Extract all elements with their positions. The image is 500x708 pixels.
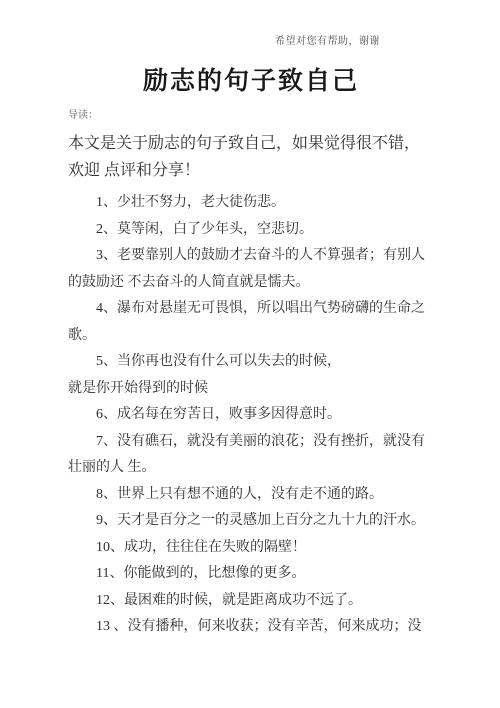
lead-label: 导读： — [68, 110, 434, 122]
quote-item: 12、最困难的时候，就是距离成功不远了。 — [68, 588, 434, 615]
quote-item: 8、世界上只有想不通的人，没有走不通的路。 — [68, 482, 434, 509]
header-note: 希望对您有帮助，谢谢 — [68, 36, 380, 48]
quote-item: 7、没有礁石，就没有美丽的浪花；没有挫折，就没有 壮丽的人 生。 — [68, 429, 434, 482]
quote-item: 11、你能做到的，比想像的更多。 — [68, 561, 434, 588]
quote-item: 3、老要靠别人的鼓励才去奋斗的人不算强者；有别人 的鼓励还 不去奋斗的人简直就是… — [68, 243, 434, 296]
page-title: 励志的句子致自己 — [68, 67, 434, 97]
intro-paragraph: 本文是关于励志的句子致自己，如果觉得很不错， 欢迎 点评和分享！ — [68, 130, 434, 184]
quote-item: 1、少壮不努力，老大徒伤悲。 — [68, 190, 434, 217]
quote-item: 10、成功，往往住在失败的隔壁！ — [68, 535, 434, 562]
document-page: 希望对您有帮助，谢谢 励志的句子致自己 导读： 本文是关于励志的句子致自己，如果… — [0, 0, 500, 708]
quote-item: 6、成名每在穷苦日，败事多因得意时。 — [68, 402, 434, 429]
quote-item: 2、莫等闲，白了少年头，空悲切。 — [68, 217, 434, 244]
quote-item: 4、瀑布对悬崖无可畏惧，所以唱出气势磅礴的生命之 歌。 — [68, 296, 434, 349]
quote-item: 5、当你再也没有什么可以失去的时候， 就是你开始得到的时候 — [68, 349, 434, 402]
quote-item: 13 、没有播种，何来收获；没有辛苦，何来成功；没 — [68, 614, 434, 641]
quote-item: 9、天才是百分之一的灵感加上百分之九十九的汗水。 — [68, 508, 434, 535]
quote-list: 1、少壮不努力，老大徒伤悲。 2、莫等闲，白了少年头，空悲切。 3、老要靠别人的… — [68, 190, 434, 641]
